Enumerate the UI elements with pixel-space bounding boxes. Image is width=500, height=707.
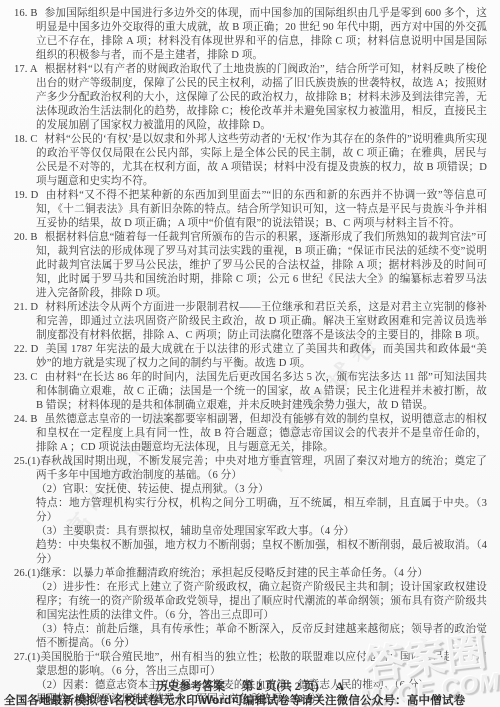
answer-explanation-text: 虽然德意志皇帝的一切法案都要宰相副署，但却没有能够有效的制约皇权，说明德意志的相… bbox=[36, 414, 487, 453]
answer-sub-paragraph: 趋势：中央集权不断加强，地方权力不断削弱；皇权不断加强，相权不断削弱，最后被取消… bbox=[14, 539, 487, 567]
question-number-and-answer: 22. D bbox=[14, 344, 38, 355]
answer-item-main-paragraph: 22. D美国 1787 年宪法的最大成就在于以法律的形式建立了美国共和政体，而… bbox=[14, 343, 487, 371]
question-number-and-answer: 24. B bbox=[14, 414, 38, 425]
question-number-and-answer: 20. B bbox=[14, 232, 38, 243]
answers-list: 16. B参加国际组织是中国进行多边外交的体现，而中国参加的国际组织由几乎是零到… bbox=[14, 7, 487, 707]
answer-explanation-text: 根据材料信息“随着每一任裁判官所颁布的告示的积累，逐渐形成了我们所熟知的裁判官法… bbox=[36, 232, 487, 299]
answer-sub-paragraph: （2）进步性：在形式上建立了资产阶级政权，确立起资产阶级民主共和制；设计国家政权… bbox=[14, 581, 487, 623]
answer-item-main-paragraph: 26.(1)继承：以暴力革命推翻清政府统治；承担起反侵略反封建的民主革命任务。（… bbox=[14, 567, 487, 581]
answer-item: 23. C由材料“在长达 86 年的时间内，法国先后更改国名多达 5 次，颁布宪… bbox=[14, 371, 487, 413]
question-number-and-answer: 27.(1) bbox=[14, 652, 40, 663]
answer-item: 19. D由材料“又不得不把某种新的东西加到里面去”“旧的东西和新的东西并不协调… bbox=[14, 189, 487, 231]
answer-item-main-paragraph: 25.(1)春秋战国时期出现，不断发展完善；中央对地方垂直管理，巩固了秦汉对地方… bbox=[14, 455, 487, 483]
answer-item-main-paragraph: 21. D材料所述法令从两个方面进一步限制君权——王位继承和君臣关系，这是对君主… bbox=[14, 301, 487, 343]
footer-promo-line: 全国各地最新模拟卷\名校试卷\无水印\Word可编辑试卷等请关注微信公众号：高中… bbox=[4, 692, 465, 707]
answer-item-main-paragraph: 23. C由材料“在长达 86 年的时间内，法国先后更改国名多达 5 次，颁布宪… bbox=[14, 371, 487, 413]
answer-sub-paragraphs: （2）进步性：在形式上建立了资产阶级政权，确立起资产阶级民主共和制；设计国家政权… bbox=[14, 581, 487, 651]
scanned-answer-page: 高中僧试卷 高中僧试卷 16. B参加国际组织是中国进行多边外交的体现，而中国参… bbox=[0, 0, 500, 707]
answer-explanation-text: 参加国际组织是中国进行多边外交的体现，而中国参加的国际组织由几乎是零到 600 … bbox=[36, 8, 487, 61]
answer-item: 25.(1)春秋战国时期出现，不断发展完善；中央对地方垂直管理，巩固了秦汉对地方… bbox=[14, 455, 487, 567]
answer-sub-paragraph: 特点：地方管理机构实行分权，机构之间分工明确，互不统属，相互牵制，且直属于中央。… bbox=[14, 497, 487, 525]
answer-sub-paragraph: （2）官职：安抚使、转运使、提点刑狱。（3 分） bbox=[14, 483, 487, 497]
answer-explanation-text: 美国 1787 年宪法的最大成就在于以法律的形式建立了美国共和政体，而美国共和政… bbox=[36, 344, 487, 369]
question-number-and-answer: 19. D bbox=[14, 190, 38, 201]
answer-explanation-text: 材料“公民的‘有权’是以奴隶和外邦人这些劳动者的‘无权’作为其存在的条件的”说明… bbox=[36, 134, 487, 187]
answer-item: 21. D材料所述法令从两个方面进一步限制君权——王位继承和君臣关系，这是对君主… bbox=[14, 301, 487, 343]
answer-item: 17. A根据材料“以有产者的财阀政治取代了土地贵族的门阀政治”，结合所学可知，… bbox=[14, 63, 487, 133]
question-number-and-answer: 17. A bbox=[14, 64, 38, 75]
question-number-and-answer: 26.(1) bbox=[14, 568, 40, 579]
question-number-and-answer: 25.(1) bbox=[14, 456, 40, 467]
answer-item-main-paragraph: 27.(1)美国脱胎于“联合殖民地”，州有相当的独立性；松散的联盟难以应付危机；… bbox=[14, 651, 487, 679]
answer-item-main-paragraph: 16. B参加国际组织是中国进行多边外交的体现，而中国参加的国际组织由几乎是零到… bbox=[14, 7, 487, 63]
answer-sub-paragraphs: （2）官职：安抚使、转运使、提点刑狱。（3 分）特点：地方管理机构实行分权，机构… bbox=[14, 483, 487, 567]
answer-item: 26.(1)继承：以暴力革命推翻清政府统治；承担起反侵略反封建的民主革命任务。（… bbox=[14, 567, 487, 651]
answer-item-main-paragraph: 19. D由材料“又不得不把某种新的东西加到里面去”“旧的东西和新的东西并不协调… bbox=[14, 189, 487, 231]
answer-item: 20. B根据材料信息“随着每一任裁判官所颁布的告示的积累，逐渐形成了我们所熟知… bbox=[14, 231, 487, 301]
question-number-and-answer: 16. B bbox=[14, 8, 38, 19]
answer-explanation-text: 继承：以暴力革命推翻清政府统治；承担起反侵略反封建的民主革命任务。（4 分） bbox=[40, 568, 428, 579]
answer-item-main-paragraph: 24. B虽然德意志皇帝的一切法案都要宰相副署，但却没有能够有效的制约皇权，说明… bbox=[14, 413, 487, 455]
answer-item: 18. C材料“公民的‘有权’是以奴隶和外邦人这些劳动者的‘无权’作为其存在的条… bbox=[14, 133, 487, 189]
answer-sub-paragraph: （3）特点：前赴后继，具有传承性；革命不断深入，反帝反封建越来越彻底；领导者的政… bbox=[14, 623, 487, 651]
answer-item-main-paragraph: 17. A根据材料“以有产者的财阀政治取代了土地贵族的门阀政治”，结合所学可知，… bbox=[14, 63, 487, 133]
answer-item: 24. B虽然德意志皇帝的一切法案都要宰相副署，但却没有能够有效的制约皇权，说明… bbox=[14, 413, 487, 455]
question-number-and-answer: 23. C bbox=[14, 372, 38, 383]
answer-item: 16. B参加国际组织是中国进行多边外交的体现，而中国参加的国际组织由几乎是零到… bbox=[14, 7, 487, 63]
answer-item: 22. D美国 1787 年宪法的最大成就在于以法律的形式建立了美国共和政体，而… bbox=[14, 343, 487, 371]
question-number-and-answer: 18. C bbox=[14, 134, 38, 145]
answer-explanation-text: 春秋战国时期出现，不断发展完善；中央对地方垂直管理，巩固了秦汉对地方的统治；奠定… bbox=[36, 456, 487, 481]
answer-explanation-text: 根据材料“以有产者的财阀政治取代了土地贵族的门阀政治”，结合所学可知，材料反映了… bbox=[36, 64, 487, 131]
answer-sub-paragraph: （3）主要职责：具有票拟权，辅助皇帝处理国家军政大事。（4 分） bbox=[14, 525, 487, 539]
answer-item-main-paragraph: 18. C材料“公民的‘有权’是以奴隶和外邦人这些劳动者的‘无权’作为其存在的条… bbox=[14, 133, 487, 189]
answer-explanation-text: 由材料“又不得不把某种新的东西加到里面去”“旧的东西和新的东西并不协调一致”等信… bbox=[36, 190, 487, 229]
question-number-and-answer: 21. D bbox=[14, 302, 38, 313]
answer-explanation-text: 材料所述法令从两个方面进一步限制君权——王位继承和君臣关系，这是对君主立宪制的修… bbox=[36, 302, 487, 341]
answer-item-main-paragraph: 20. B根据材料信息“随着每一任裁判官所颁布的告示的积累，逐渐形成了我们所熟知… bbox=[14, 231, 487, 301]
answer-explanation-text: 由材料“在长达 86 年的时间内，法国先后更改国名多达 5 次，颁布宪法多达 1… bbox=[36, 372, 487, 411]
answer-explanation-text: 美国脱胎于“联合殖民地”，州有相当的独立性；松散的联盟难以应付危机；国内人民起义… bbox=[36, 652, 487, 677]
